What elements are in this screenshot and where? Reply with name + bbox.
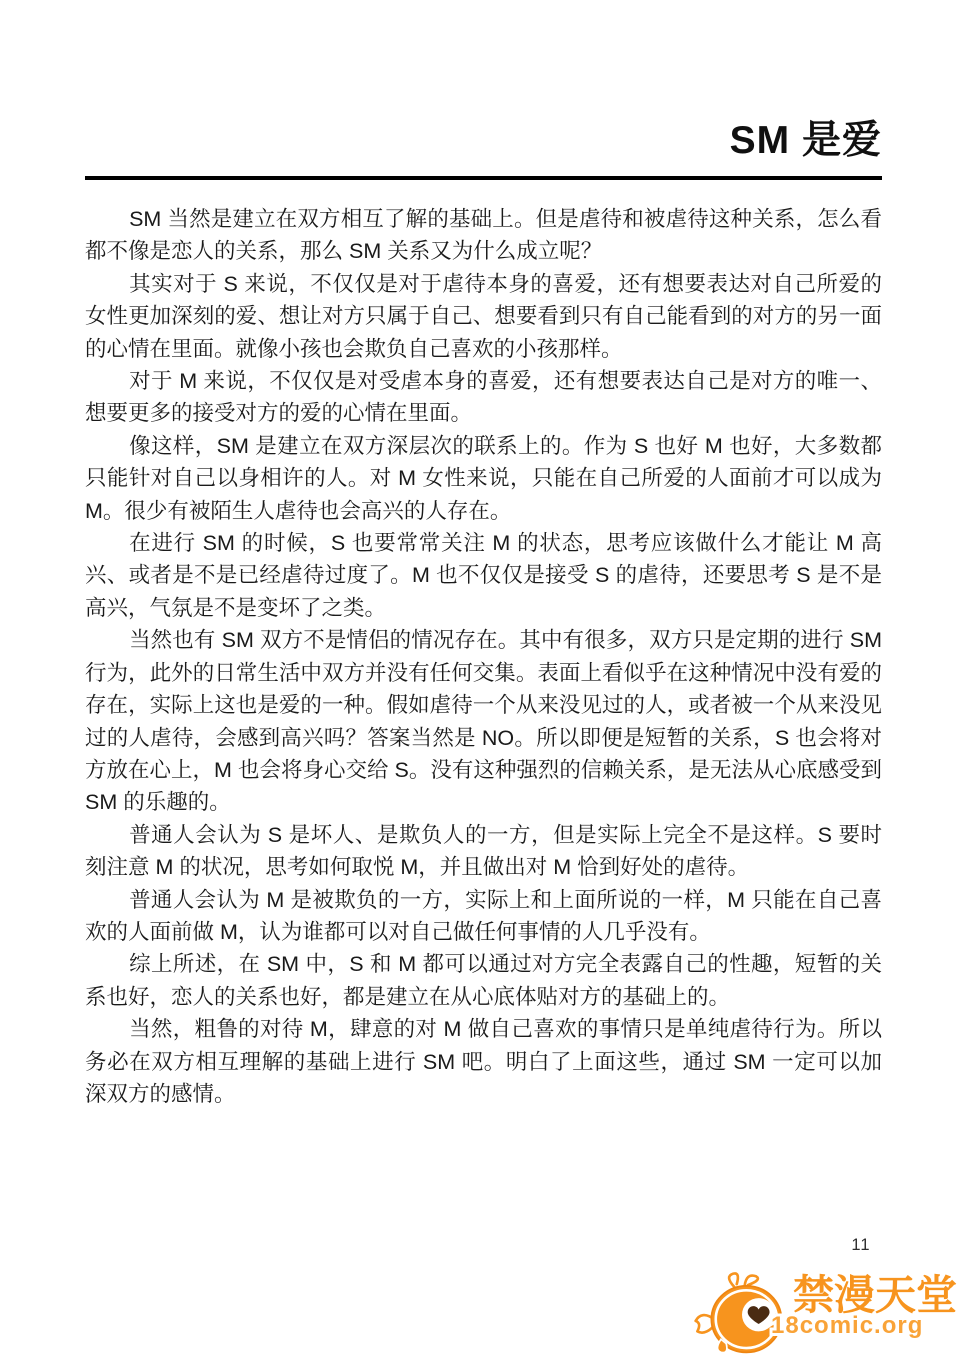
- paragraph: 普通人会认为 M 是被欺负的一方，实际上和上面所说的一样，M 只能在自己喜欢的人…: [85, 884, 882, 949]
- paragraph: 当然也有 SM 双方不是情侣的情况存在。其中有很多，双方只是定期的进行 SM 行…: [85, 624, 882, 818]
- watermark-logo: 禁漫天堂 18comic.org 18comic.org: [692, 1269, 958, 1356]
- paragraph: 普通人会认为 S 是坏人、是欺负人的一方，但是实际上完全不是这样。S 要时刻注意…: [85, 819, 882, 884]
- paragraph: 综上所述，在 SM 中，S 和 M 都可以通过对方完全表露自己的性趣，短暂的关系…: [85, 948, 882, 1013]
- document-page: SM 是爱 SM 当然是建立在双方相互了解的基础上。但是虐待和被虐待这种关系，怎…: [0, 0, 960, 1356]
- paragraph: 像这样，SM 是建立在双方深层次的联系上的。作为 S 也好 M 也好，大多数都只…: [85, 430, 882, 527]
- title-divider: [85, 176, 882, 180]
- article-body: SM 当然是建立在双方相互了解的基础上。但是虐待和被虐待这种关系，怎么看都不像是…: [85, 203, 882, 1110]
- page-title: SM 是爱: [85, 116, 882, 166]
- paragraph: SM 当然是建立在双方相互了解的基础上。但是虐待和被虐待这种关系，怎么看都不像是…: [85, 203, 882, 268]
- page-number: 11: [840, 1236, 882, 1255]
- paragraph: 对于 M 来说，不仅仅是对受虐本身的喜爱，还有想要表达自己是对方的唯一、想要更多…: [85, 365, 882, 430]
- paragraph: 当然，粗鲁的对待 M，肆意的对 M 做自己喜欢的事情只是单纯虐待行为。所以务必在…: [85, 1013, 882, 1110]
- paragraph: 其实对于 S 来说，不仅仅是对于虐待本身的喜爱，还有想要表达对自己所爱的女性更加…: [85, 268, 882, 365]
- watermark-site-fill: 18comic.org: [771, 1311, 923, 1341]
- paragraph: 在进行 SM 的时候，S 也要常常关注 M 的状态，思考应该做什么才能让 M 高…: [85, 527, 882, 624]
